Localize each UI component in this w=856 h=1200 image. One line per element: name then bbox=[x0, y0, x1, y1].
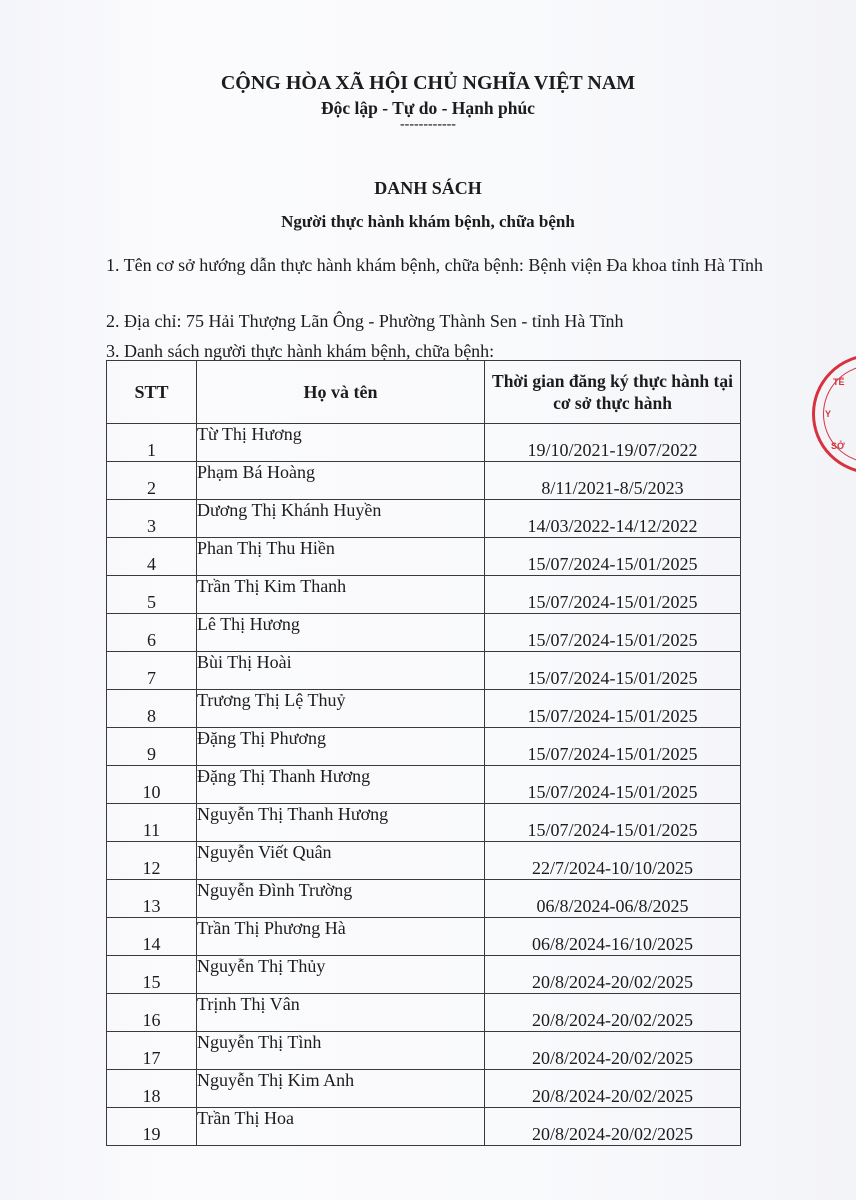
cell-name: Nguyễn Thị Thanh Hương bbox=[197, 804, 485, 842]
cell-period: 20/8/2024-20/02/2025 bbox=[485, 1070, 741, 1108]
cell-name: Trần Thị Hoa bbox=[197, 1108, 485, 1146]
cell-period: 20/8/2024-20/02/2025 bbox=[485, 1032, 741, 1070]
cell-stt: 5 bbox=[107, 576, 197, 614]
table-body: 1Từ Thị Hương19/10/2021-19/07/20222Phạm … bbox=[107, 424, 741, 1146]
cell-stt: 12 bbox=[107, 842, 197, 880]
cell-name: Trương Thị Lệ Thuỷ bbox=[197, 690, 485, 728]
cell-stt: 1 bbox=[107, 424, 197, 462]
cell-period: 15/07/2024-15/01/2025 bbox=[485, 614, 741, 652]
cell-name: Phan Thị Thu Hiền bbox=[197, 538, 485, 576]
cell-stt: 4 bbox=[107, 538, 197, 576]
table-header-row: STT Họ và tên Thời gian đăng ký thực hàn… bbox=[107, 361, 741, 424]
cell-stt: 13 bbox=[107, 880, 197, 918]
stamp-text-y: Y bbox=[825, 409, 831, 419]
practitioner-table: STT Họ và tên Thời gian đăng ký thực hàn… bbox=[106, 360, 741, 1146]
cell-name: Nguyễn Thị Tình bbox=[197, 1032, 485, 1070]
table-row: 16Trịnh Thị Vân20/8/2024-20/02/2025 bbox=[107, 994, 741, 1032]
table-row: 14Trần Thị Phương Hà06/8/2024-16/10/2025 bbox=[107, 918, 741, 956]
table-row: 19Trần Thị Hoa20/8/2024-20/02/2025 bbox=[107, 1108, 741, 1146]
table-row: 4Phan Thị Thu Hiền15/07/2024-15/01/2025 bbox=[107, 538, 741, 576]
document-page: CỘNG HÒA XÃ HỘI CHỦ NGHĨA VIỆT NAM Độc l… bbox=[0, 0, 856, 1200]
table-row: 8Trương Thị Lệ Thuỷ15/07/2024-15/01/2025 bbox=[107, 690, 741, 728]
cell-name: Nguyễn Thị Thủy bbox=[197, 956, 485, 994]
cell-period: 8/11/2021-8/5/2023 bbox=[485, 462, 741, 500]
cell-period: 22/7/2024-10/10/2025 bbox=[485, 842, 741, 880]
cell-period: 20/8/2024-20/02/2025 bbox=[485, 1108, 741, 1146]
table-row: 17Nguyễn Thị Tình20/8/2024-20/02/2025 bbox=[107, 1032, 741, 1070]
document-title: DANH SÁCH bbox=[0, 178, 856, 199]
cell-period: 06/8/2024-16/10/2025 bbox=[485, 918, 741, 956]
national-motto: Độc lập - Tự do - Hạnh phúc bbox=[0, 98, 856, 119]
table-row: 7Bùi Thị Hoài15/07/2024-15/01/2025 bbox=[107, 652, 741, 690]
cell-stt: 17 bbox=[107, 1032, 197, 1070]
cell-name: Đặng Thị Thanh Hương bbox=[197, 766, 485, 804]
cell-stt: 15 bbox=[107, 956, 197, 994]
cell-period: 15/07/2024-15/01/2025 bbox=[485, 690, 741, 728]
cell-period: 20/8/2024-20/02/2025 bbox=[485, 994, 741, 1032]
table-row: 5Trần Thị Kim Thanh15/07/2024-15/01/2025 bbox=[107, 576, 741, 614]
cell-name: Nguyễn Viết Quân bbox=[197, 842, 485, 880]
cell-period: 15/07/2024-15/01/2025 bbox=[485, 576, 741, 614]
cell-name: Bùi Thị Hoài bbox=[197, 652, 485, 690]
cell-stt: 6 bbox=[107, 614, 197, 652]
table-row: 10Đặng Thị Thanh Hương15/07/2024-15/01/2… bbox=[107, 766, 741, 804]
table-row: 13Nguyễn Đình Trường06/8/2024-06/8/2025 bbox=[107, 880, 741, 918]
cell-period: 15/07/2024-15/01/2025 bbox=[485, 766, 741, 804]
column-header-period: Thời gian đăng ký thực hành tại cơ sở th… bbox=[485, 361, 741, 424]
address-item: 2. Địa chỉ: 75 Hải Thượng Lãn Ông - Phườ… bbox=[106, 311, 786, 331]
cell-stt: 7 bbox=[107, 652, 197, 690]
cell-name: Trần Thị Phương Hà bbox=[197, 918, 485, 956]
cell-stt: 16 bbox=[107, 994, 197, 1032]
list-intro-item: 3. Danh sách người thực hành khám bệnh, … bbox=[106, 341, 786, 361]
table-row: 12Nguyễn Viết Quân22/7/2024-10/10/2025 bbox=[107, 842, 741, 880]
table-row: 18Nguyễn Thị Kim Anh20/8/2024-20/02/2025 bbox=[107, 1070, 741, 1108]
facility-name-item: 1. Tên cơ sở hướng dẫn thực hành khám bệ… bbox=[106, 255, 786, 275]
column-header-name: Họ và tên bbox=[197, 361, 485, 424]
cell-stt: 11 bbox=[107, 804, 197, 842]
cell-name: Trịnh Thị Vân bbox=[197, 994, 485, 1032]
document-subtitle: Người thực hành khám bệnh, chữa bệnh bbox=[0, 212, 856, 232]
cell-period: 15/07/2024-15/01/2025 bbox=[485, 538, 741, 576]
cell-period: 14/03/2022-14/12/2022 bbox=[485, 500, 741, 538]
national-title: CỘNG HÒA XÃ HỘI CHỦ NGHĨA VIỆT NAM bbox=[0, 72, 856, 95]
stamp-text-so: SỞ bbox=[831, 441, 845, 451]
cell-name: Nguyễn Đình Trường bbox=[197, 880, 485, 918]
cell-stt: 10 bbox=[107, 766, 197, 804]
cell-stt: 18 bbox=[107, 1070, 197, 1108]
cell-stt: 3 bbox=[107, 500, 197, 538]
column-header-stt: STT bbox=[107, 361, 197, 424]
cell-period: 15/07/2024-15/01/2025 bbox=[485, 804, 741, 842]
cell-name: Trần Thị Kim Thanh bbox=[197, 576, 485, 614]
stamp-text-te: TẾ bbox=[833, 377, 845, 387]
cell-period: 06/8/2024-06/8/2025 bbox=[485, 880, 741, 918]
table-row: 1Từ Thị Hương19/10/2021-19/07/2022 bbox=[107, 424, 741, 462]
table-row: 2Phạm Bá Hoàng8/11/2021-8/5/2023 bbox=[107, 462, 741, 500]
table-row: 15Nguyễn Thị Thủy20/8/2024-20/02/2025 bbox=[107, 956, 741, 994]
cell-stt: 8 bbox=[107, 690, 197, 728]
cell-stt: 9 bbox=[107, 728, 197, 766]
cell-name: Phạm Bá Hoàng bbox=[197, 462, 485, 500]
cell-name: Từ Thị Hương bbox=[197, 424, 485, 462]
cell-stt: 2 bbox=[107, 462, 197, 500]
cell-period: 19/10/2021-19/07/2022 bbox=[485, 424, 741, 462]
cell-period: 15/07/2024-15/01/2025 bbox=[485, 652, 741, 690]
cell-name: Dương Thị Khánh Huyền bbox=[197, 500, 485, 538]
cell-name: Lê Thị Hương bbox=[197, 614, 485, 652]
cell-period: 20/8/2024-20/02/2025 bbox=[485, 956, 741, 994]
cell-period: 15/07/2024-15/01/2025 bbox=[485, 728, 741, 766]
cell-stt: 14 bbox=[107, 918, 197, 956]
header-divider: ------------ bbox=[0, 117, 856, 133]
table-row: 3Dương Thị Khánh Huyền14/03/2022-14/12/2… bbox=[107, 500, 741, 538]
table-row: 11Nguyễn Thị Thanh Hương15/07/2024-15/01… bbox=[107, 804, 741, 842]
table-row: 6Lê Thị Hương15/07/2024-15/01/2025 bbox=[107, 614, 741, 652]
cell-name: Nguyễn Thị Kim Anh bbox=[197, 1070, 485, 1108]
cell-name: Đặng Thị Phương bbox=[197, 728, 485, 766]
table-row: 9Đặng Thị Phương15/07/2024-15/01/2025 bbox=[107, 728, 741, 766]
official-red-stamp: Y TẾ SỞ bbox=[812, 354, 856, 474]
cell-stt: 19 bbox=[107, 1108, 197, 1146]
